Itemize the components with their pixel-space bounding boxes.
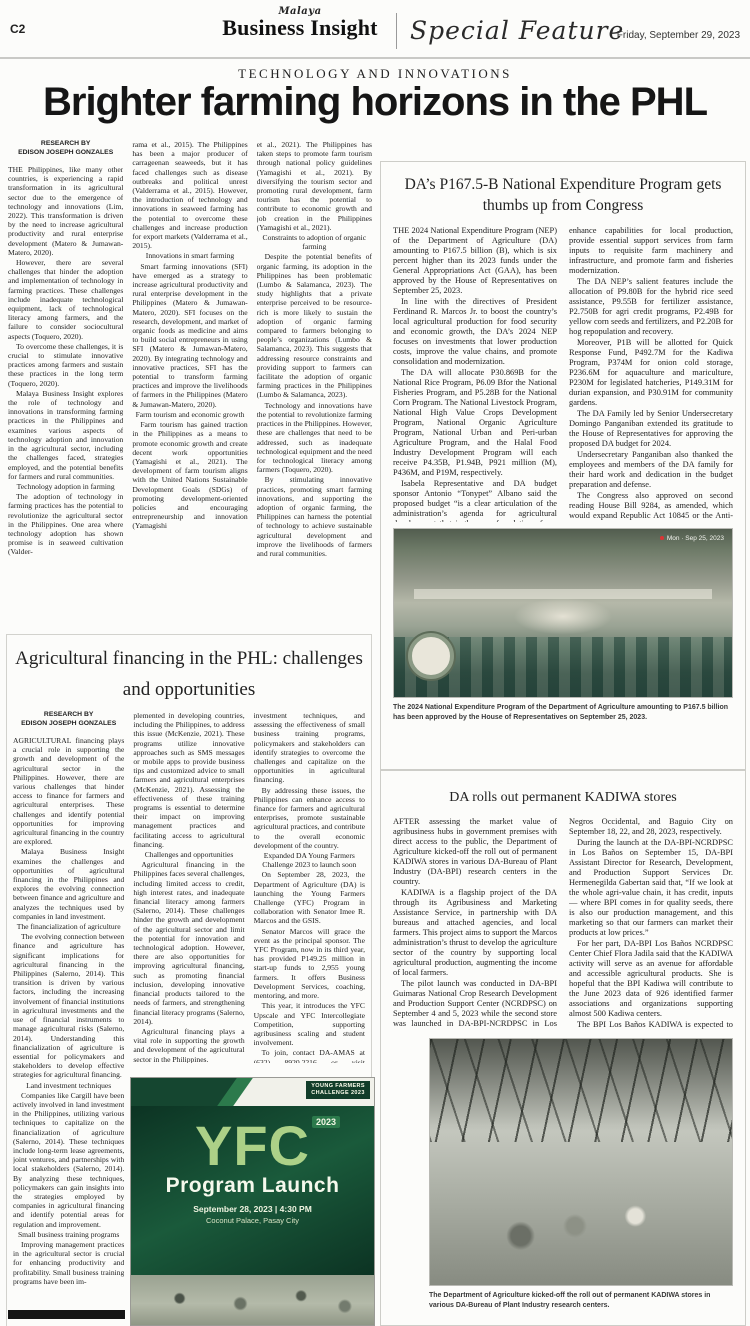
subhead-small-business: Small business training programs bbox=[13, 1230, 124, 1239]
body-paragraph: Agricultural financing plays a vital rol… bbox=[133, 1027, 244, 1063]
financing-column-2: plemented in developing countries, inclu… bbox=[133, 711, 244, 1063]
header-divider bbox=[396, 13, 397, 49]
body-paragraph: THE 2024 National Expenditure Program (N… bbox=[393, 226, 557, 296]
body-paragraph: However, there are several challenges th… bbox=[8, 258, 123, 341]
body-paragraph: Moreover, P1B will be allotted for Quick… bbox=[569, 338, 733, 408]
nep-columns: THE 2024 National Expenditure Program (N… bbox=[393, 226, 733, 522]
yfc-badge: YOUNG FARMERS CHALLENGE 2023 bbox=[306, 1081, 370, 1099]
main-column-1: RESEARCH BY EDISON JOSEPH GONZALES THE P… bbox=[8, 140, 123, 630]
body-paragraph: AFTER assessing the market value of agri… bbox=[393, 817, 557, 887]
kadiwa-headline: DA rolls out permanent KADIWA stores bbox=[393, 789, 733, 807]
body-paragraph: investment techniques, and assessing the… bbox=[254, 711, 365, 785]
body-paragraph: The evolving connection between finance … bbox=[13, 932, 124, 1079]
yfc-crowd-photo bbox=[131, 1275, 374, 1326]
byline: RESEARCH BY EDISON JOSEPH GONZALES bbox=[13, 711, 124, 728]
kadiwa-article-box: DA rolls out permanent KADIWA stores AFT… bbox=[380, 770, 746, 1326]
yfc-poster-header: YOUNG FARMERS CHALLENGE 2023 bbox=[131, 1078, 374, 1106]
body-paragraph: Agricultural financing in the Philippine… bbox=[133, 860, 244, 1026]
body-paragraph: Senator Marcos will grace the event as t… bbox=[254, 927, 365, 1001]
body-paragraph: The DA Family led by Senior Undersecreta… bbox=[569, 409, 733, 449]
subhead-financialization: The financialization of agriculture bbox=[13, 922, 124, 931]
body-paragraph: rama et al., 2015). The Philippines has … bbox=[132, 140, 247, 250]
body-paragraph: During the launch at the DA-BPI-NCRDPSC … bbox=[569, 838, 733, 938]
body-paragraph: The DA NEP’s salient features include th… bbox=[569, 277, 733, 337]
yfc-poster-main: 2023 YFC Program Launch September 28, 20… bbox=[131, 1106, 374, 1275]
main-article-columns: RESEARCH BY EDISON JOSEPH GONZALES THE P… bbox=[8, 140, 372, 630]
body-paragraph: By addressing these issues, the Philippi… bbox=[254, 786, 365, 850]
subhead-farm-tourism: Farm tourism and economic growth bbox=[132, 410, 247, 419]
body-paragraph: Despite the potential benefits of organi… bbox=[257, 252, 372, 399]
body-paragraph: Companies like Cargill have been activel… bbox=[13, 1091, 124, 1229]
yfc-poster: YOUNG FARMERS CHALLENGE 2023 2023 YFC Pr… bbox=[130, 1077, 375, 1326]
body-paragraph: plemented in developing countries, inclu… bbox=[133, 711, 244, 849]
body-paragraph: KADIWA is a flagship project of the DA t… bbox=[393, 888, 557, 978]
body-paragraph: Undersecretary Panganiban also thanked t… bbox=[569, 450, 733, 490]
page-number: C2 bbox=[10, 22, 25, 36]
body-paragraph: Improving management practices in the ag… bbox=[13, 1240, 124, 1286]
body-paragraph: The BPI Los Baños KADIWA is expected to … bbox=[569, 1020, 733, 1030]
body-paragraph: By stimulating innovative practices, pro… bbox=[257, 475, 372, 558]
issue-date: Friday, September 29, 2023 bbox=[617, 30, 740, 41]
body-paragraph: This year, it introduces the YFC Upscale… bbox=[254, 1001, 365, 1047]
yfc-datetime: September 28, 2023 | 4:30 PM bbox=[131, 1204, 374, 1214]
byline: RESEARCH BY EDISON JOSEPH GONZALES bbox=[8, 140, 123, 157]
kadiwa-photo-caption: The Department of Agriculture kicked-off… bbox=[429, 1291, 733, 1311]
financing-headline: Agricultural financing in the PHL: chall… bbox=[13, 643, 365, 705]
masthead: Malaya Business Insight bbox=[205, 6, 395, 39]
body-paragraph: Technology and innovations have the pote… bbox=[257, 401, 372, 475]
subhead-technology-adoption: Technology adoption in farming bbox=[8, 482, 123, 491]
body-paragraph: THE Philippines, like many other countri… bbox=[8, 165, 123, 257]
body-paragraph: Negros Occidental, and Baguio City on Se… bbox=[569, 817, 733, 837]
body-paragraph: The DA will allocate P30.869B for the Na… bbox=[393, 368, 557, 478]
nep-photo-caption: The 2024 National Expenditure Program of… bbox=[393, 703, 733, 723]
subhead-smart-farming: Innovations in smart farming bbox=[132, 251, 247, 260]
body-paragraph: Farm tourism has gained traction in the … bbox=[132, 420, 247, 530]
yfc-badge-line1: YOUNG FARMERS bbox=[311, 1083, 365, 1090]
yfc-badge-line2: CHALLENGE 2023 bbox=[311, 1090, 365, 1097]
main-headline: Brighter farming horizons in the PHL bbox=[0, 80, 750, 125]
yfc-logo-text: YFC bbox=[131, 1106, 374, 1174]
kadiwa-column-2: Negros Occidental, and Baguio City on Se… bbox=[569, 817, 733, 1030]
subhead-land-investment: Land investment techniques bbox=[13, 1081, 124, 1090]
nep-headline: DA’s P167.5-B National Expenditure Progr… bbox=[393, 174, 733, 216]
body-paragraph: To join, contact DA-AMAS at (632) 8920.2… bbox=[254, 1048, 365, 1063]
subhead-challenges-opportunities: Challenges and opportunities bbox=[133, 850, 244, 859]
body-paragraph: To overcome these challenges, it is cruc… bbox=[8, 342, 123, 388]
main-column-3: et al., 2021). The Philippines has taken… bbox=[257, 140, 372, 630]
congress-session-photo: Mon · Sep 25, 2023 bbox=[393, 528, 733, 698]
byline-label: RESEARCH BY bbox=[13, 711, 124, 720]
section-title: Special Feature bbox=[410, 16, 624, 45]
nep-column-1: THE 2024 National Expenditure Program (N… bbox=[393, 226, 557, 522]
body-paragraph: The adoption of technology in farming pr… bbox=[8, 492, 123, 556]
photo-status-text: Mon · Sep 25, 2023 bbox=[660, 535, 724, 542]
body-paragraph: et al., 2021). The Philippines has taken… bbox=[257, 140, 372, 232]
kadiwa-columns: AFTER assessing the market value of agri… bbox=[393, 817, 733, 1030]
body-paragraph: For her part, DA-BPI Los Baños NCRDPSC C… bbox=[569, 939, 733, 1019]
nep-column-2: enhance capabilities for local productio… bbox=[569, 226, 733, 522]
subhead-yfc-launch: Expanded DA Young Farmers Challenge 2023… bbox=[254, 851, 365, 869]
body-paragraph: On September 28, 2023, the Department of… bbox=[254, 870, 365, 925]
body-paragraph: Malaya Business Insight explores the rol… bbox=[8, 389, 123, 481]
financing-column-1: RESEARCH BY EDISON JOSEPH GONZALES AGRIC… bbox=[13, 711, 124, 1299]
newspaper-page: C2 Malaya Business Insight Special Featu… bbox=[0, 0, 750, 1326]
kadiwa-store-photo bbox=[429, 1038, 733, 1286]
byline-name: EDISON JOSEPH GONZALES bbox=[13, 720, 124, 729]
kadiwa-column-1: AFTER assessing the market value of agri… bbox=[393, 817, 557, 1030]
body-paragraph: AGRICULTURAL financing plays a crucial r… bbox=[13, 736, 124, 846]
body-paragraph: The pilot launch was conducted in DA-BPI… bbox=[393, 979, 557, 1030]
body-paragraph: In line with the directives of President… bbox=[393, 297, 557, 367]
da-seal-logo bbox=[408, 633, 454, 679]
yfc-venue: Coconut Palace, Pasay City bbox=[131, 1216, 374, 1225]
header-rule bbox=[0, 57, 750, 59]
main-column-2: rama et al., 2015). The Philippines has … bbox=[132, 140, 247, 630]
body-paragraph: Isabela Representative and DA budget spo… bbox=[393, 479, 557, 522]
byline-name: EDISON JOSEPH GONZALES bbox=[8, 149, 123, 158]
yfc-program-launch: Program Launch bbox=[131, 1174, 374, 1198]
subhead-organic-farming: Constraints to adoption of organic farmi… bbox=[257, 233, 372, 251]
body-paragraph: Smart farming innovations (SFI) have eme… bbox=[132, 262, 247, 409]
column-end-bar bbox=[8, 1310, 125, 1319]
body-paragraph: enhance capabilities for local productio… bbox=[569, 226, 733, 276]
masthead-business-insight: Business Insight bbox=[205, 17, 395, 39]
body-paragraph: Malaya Business Insight examines the cha… bbox=[13, 847, 124, 921]
nep-article-box: DA’s P167.5-B National Expenditure Progr… bbox=[380, 161, 746, 770]
financing-column-3: investment techniques, and assessing the… bbox=[254, 711, 365, 1063]
body-paragraph: The Congress also approved on second rea… bbox=[569, 491, 733, 522]
byline-label: RESEARCH BY bbox=[8, 140, 123, 149]
